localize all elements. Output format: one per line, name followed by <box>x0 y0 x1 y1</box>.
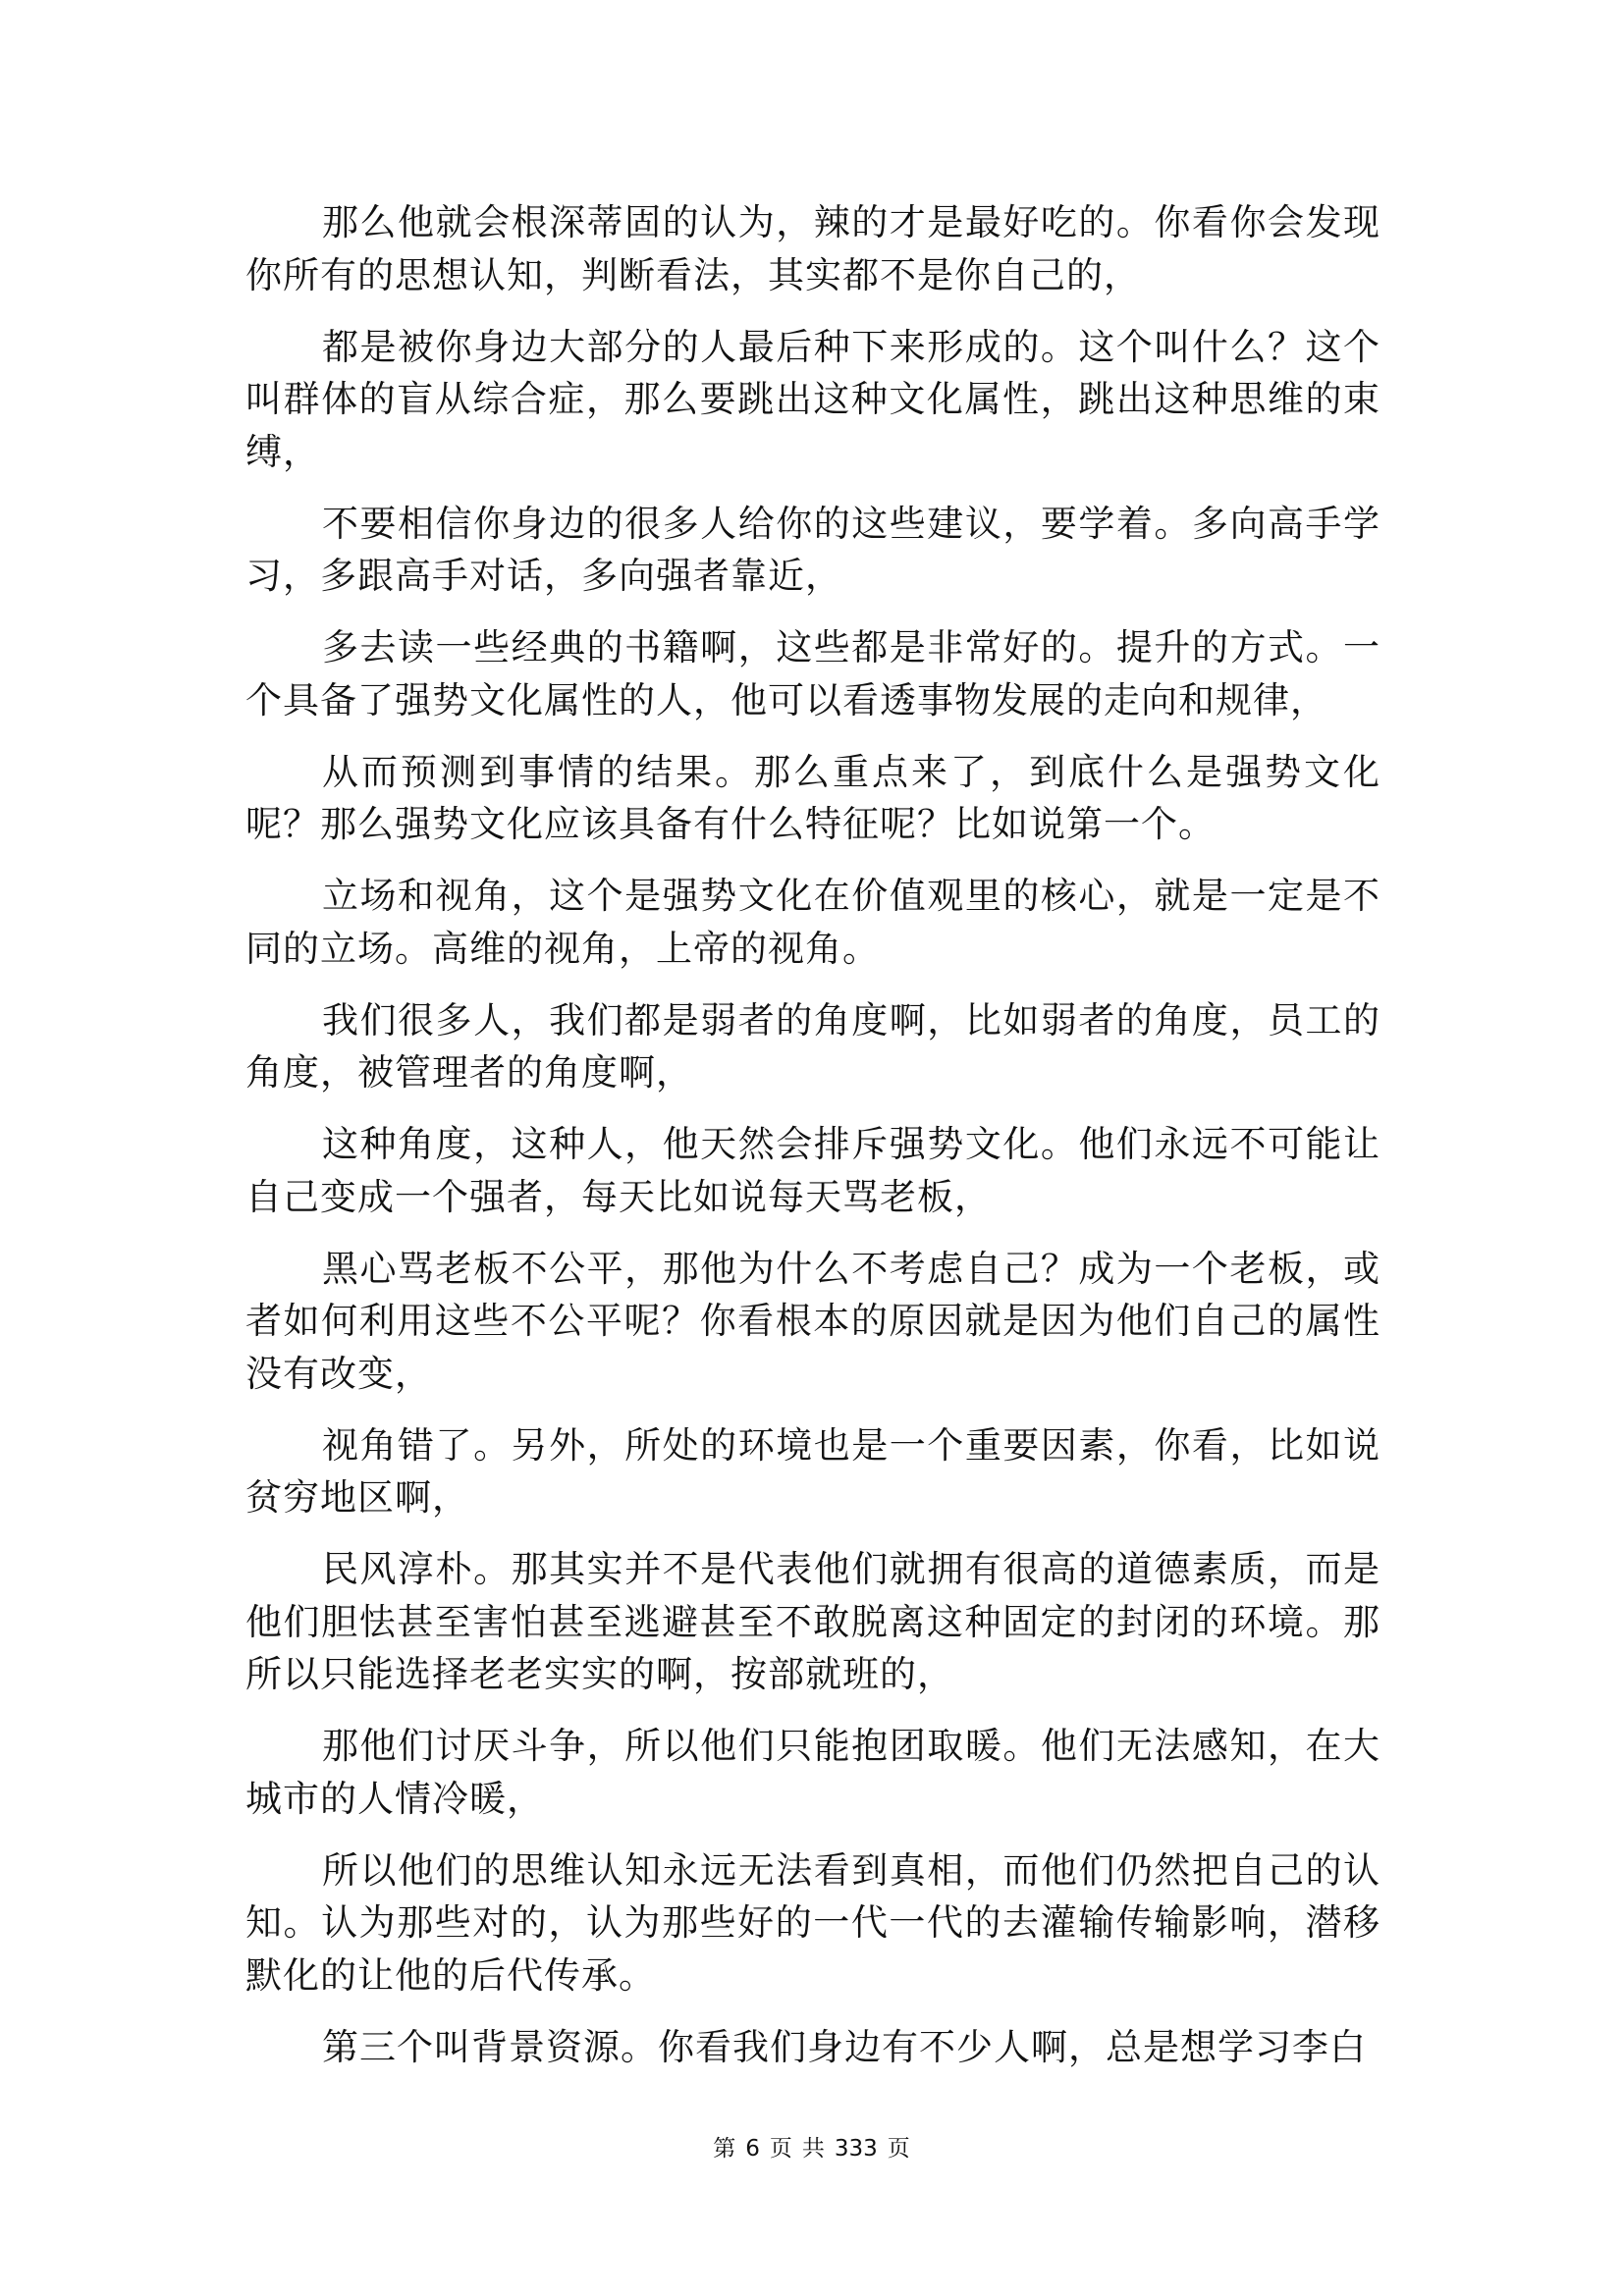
paragraph-2: 都是被你身边大部分的人最后种下来形成的。这个叫什么？这个叫群体的盲从综合症，那么… <box>245 321 1380 479</box>
page-body: 那么他就会根深蒂固的认为，辣的才是最好吃的。你看你会发现你所有的思想认知，判断看… <box>245 196 1380 2093</box>
current-page-number: 6 <box>745 2136 760 2162</box>
paragraph-1: 那么他就会根深蒂固的认为，辣的才是最好吃的。你看你会发现你所有的思想认知，判断看… <box>245 196 1380 301</box>
paragraph-5: 从而预测到事情的结果。那么重点来了，到底什么是强势文化呢？那么强势文化应该具备有… <box>245 746 1380 851</box>
paragraph-9: 黑心骂老板不公平，那他为什么不考虑自己？成为一个老板，或者如何利用这些不公平呢？… <box>245 1243 1380 1401</box>
page-number-footer: 第6页共333页 <box>0 2130 1623 2163</box>
paragraph-7: 我们很多人，我们都是弱者的角度啊，比如弱者的角度，员工的角度，被管理者的角度啊， <box>245 994 1380 1099</box>
paragraph-12: 那他们讨厌斗争，所以他们只能抱团取暖。他们无法感知，在大城市的人情冷暖， <box>245 1720 1380 1825</box>
total-page-count: 333 <box>835 2136 878 2162</box>
paragraph-3: 不要相信你身边的很多人给你的这些建议，要学着。多向高手学习，多跟高手对话，多向强… <box>245 498 1380 603</box>
paragraph-10: 视角错了。另外，所处的环境也是一个重要因素，你看，比如说贫穷地区啊， <box>245 1419 1380 1524</box>
paragraph-4: 多去读一些经典的书籍啊，这些都是非常好的。提升的方式。一个具备了强势文化属性的人… <box>245 621 1380 726</box>
document-page: 那么他就会根深蒂固的认为，辣的才是最好吃的。你看你会发现你所有的思想认知，判断看… <box>0 0 1623 2296</box>
paragraph-6: 立场和视角，这个是强势文化在价值观里的核心，就是一定是不同的立场。高维的视角，上… <box>245 870 1380 975</box>
paragraph-14: 第三个叫背景资源。你看我们身边有不少人啊，总是想学习李白 <box>245 2021 1380 2074</box>
footer-page-unit: 页 <box>770 2136 792 2162</box>
footer-prefix: 第 <box>713 2136 735 2162</box>
paragraph-8: 这种角度，这种人，他天然会排斥强势文化。他们永远不可能让自己变成一个强者，每天比… <box>245 1118 1380 1223</box>
paragraph-13: 所以他们的思维认知永远无法看到真相，而他们仍然把自己的认知。认为那些对的，认为那… <box>245 1844 1380 2002</box>
footer-total-prefix: 共 <box>802 2136 825 2162</box>
footer-total-unit: 页 <box>888 2136 910 2162</box>
paragraph-11: 民风淳朴。那其实并不是代表他们就拥有很高的道德素质，而是他们胆怯甚至害怕甚至逃避… <box>245 1543 1380 1701</box>
